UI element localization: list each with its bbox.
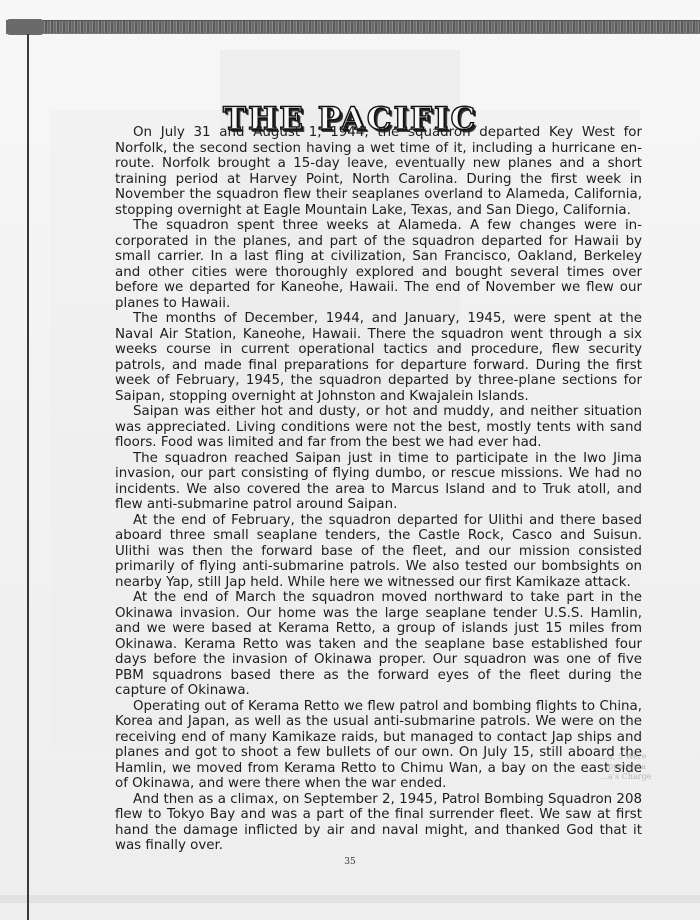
show-through-line: …a's Charge — [600, 772, 700, 782]
paragraph: The squadron reached Saipan just in time… — [115, 451, 642, 513]
binding-top-bar — [6, 20, 700, 34]
paragraph: Operating out of Kerama Retto we flew pa… — [115, 699, 642, 792]
article-body: On July 31 and August 1, 1944, the squad… — [115, 125, 642, 854]
paragraph: The months of December, 1944, and Januar… — [115, 311, 642, 404]
show-through-line: …ppotamia — [600, 762, 700, 772]
paragraph: Saipan was either hot and dusty, or hot … — [115, 404, 642, 451]
paragraph: And then as a climax, on September 2, 19… — [115, 792, 642, 854]
page-number: 35 — [0, 857, 700, 867]
paragraph: At the end of February, the squadron dep… — [115, 513, 642, 591]
scanned-page: THE PACIFIC On July 31 and August 1, 194… — [0, 0, 700, 920]
show-through-line: …a, 5 Were — [600, 752, 700, 762]
paragraph: At the end of March the squadron moved n… — [115, 590, 642, 699]
page-bottom-edge — [0, 895, 700, 903]
paragraph: On July 31 and August 1, 1944, the squad… — [115, 125, 642, 218]
paragraph: The squadron spent three weeks at Alamed… — [115, 218, 642, 311]
binding-left-rule — [27, 34, 29, 920]
show-through-text: …a, 5 Were …ppotamia …a's Charge — [600, 752, 700, 782]
